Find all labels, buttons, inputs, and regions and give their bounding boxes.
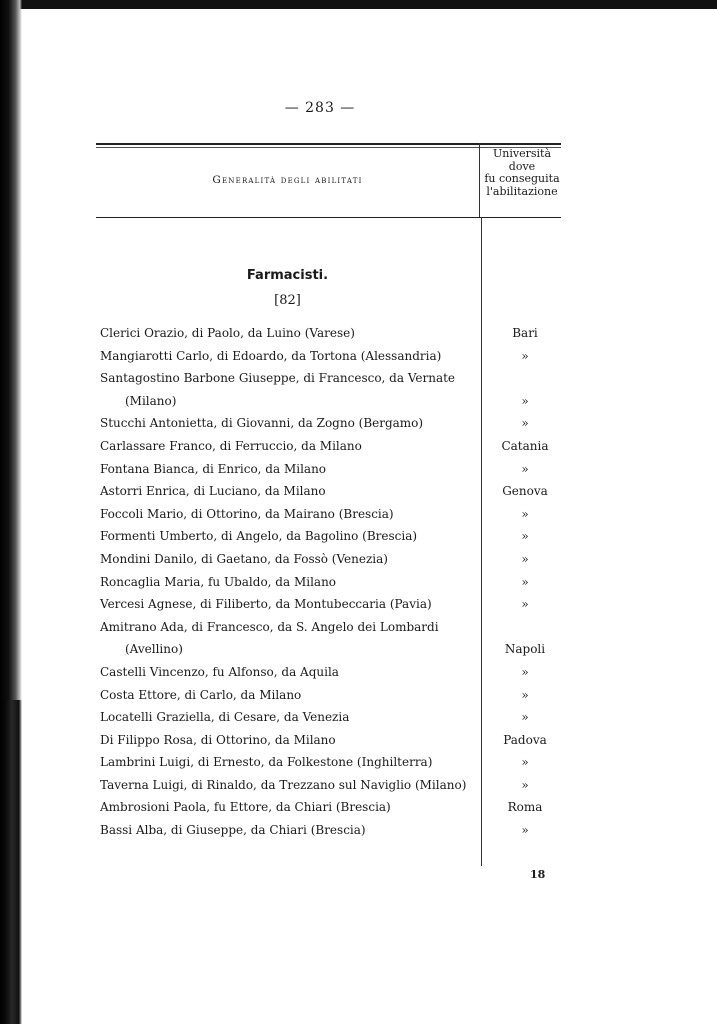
entry-name: Astorri Enrica, di Luciano, da Milano [100, 480, 480, 503]
entry-university: » [484, 819, 566, 842]
column-header-university: Università dove fu conseguita l'abilitaz… [481, 148, 563, 198]
entry-name: Bassi Alba, di Giuseppe, da Chiari (Bres… [100, 819, 480, 842]
table-row: Vercesi Agnese, di Filiberto, da Montube… [100, 593, 480, 616]
page-number: — 283 — [0, 100, 640, 116]
column-header-names: Generalità degli abilitati [96, 174, 479, 186]
entry-university: Bari [484, 322, 566, 345]
table-row: Foccoli Mario, di Ottorino, da Mairano (… [100, 503, 480, 526]
section-count: [82] [96, 293, 479, 308]
column-header-university-line: Università [481, 148, 563, 161]
entry-name: Castelli Vincenzo, fu Alfonso, da Aquila [100, 661, 480, 684]
entry-name: Locatelli Graziella, di Cesare, da Venez… [100, 706, 480, 729]
entries-list: Clerici Orazio, di Paolo, da Luino (Vare… [100, 322, 480, 842]
entry-university: » [484, 751, 566, 774]
entry-university: » [484, 503, 566, 526]
entry-name: Di Filippo Rosa, di Ottorino, da Milano [100, 729, 480, 752]
table-row: Astorri Enrica, di Luciano, da MilanoGen… [100, 480, 480, 503]
entry-university: Genova [484, 480, 566, 503]
header-bottom-rule [96, 217, 561, 218]
table-row: Fontana Bianca, di Enrico, da Milano» [100, 458, 480, 481]
entry-name: Stucchi Antonietta, di Giovanni, da Zogn… [100, 412, 480, 435]
table-row: Bassi Alba, di Giuseppe, da Chiari (Bres… [100, 819, 480, 842]
entry-name: Ambrosioni Paola, fu Ettore, da Chiari (… [100, 796, 480, 819]
section-title: Farmacisti. [96, 268, 479, 283]
table-row: Ambrosioni Paola, fu Ettore, da Chiari (… [100, 796, 480, 819]
entry-name: Santagostino Barbone Giuseppe, di France… [100, 367, 480, 412]
table-row: Clerici Orazio, di Paolo, da Luino (Vare… [100, 322, 480, 345]
table-row: Mangiarotti Carlo, di Edoardo, da Torton… [100, 345, 480, 368]
entry-name: Roncaglia Maria, fu Ubaldo, da Milano [100, 571, 480, 594]
entry-name: Fontana Bianca, di Enrico, da Milano [100, 458, 480, 481]
entry-name: Vercesi Agnese, di Filiberto, da Montube… [100, 593, 480, 616]
table-row: Taverna Luigi, di Rinaldo, da Trezzano s… [100, 774, 480, 797]
table-row: Castelli Vincenzo, fu Alfonso, da Aquila… [100, 661, 480, 684]
table-row: Lambrini Luigi, di Ernesto, da Folkeston… [100, 751, 480, 774]
entry-university: Padova [484, 729, 566, 752]
table-row: Formenti Umberto, di Angelo, da Bagolino… [100, 525, 480, 548]
signature-mark: 18 [530, 868, 545, 881]
entry-university: » [484, 390, 566, 413]
entry-university: Napoli [484, 638, 566, 661]
entry-name: Mangiarotti Carlo, di Edoardo, da Torton… [100, 345, 480, 368]
table-row: Di Filippo Rosa, di Ottorino, da MilanoP… [100, 729, 480, 752]
table-row: Roncaglia Maria, fu Ubaldo, da Milano» [100, 571, 480, 594]
entry-name: Foccoli Mario, di Ottorino, da Mairano (… [100, 503, 480, 526]
entry-name: Mondini Danilo, di Gaetano, da Fossò (Ve… [100, 548, 480, 571]
table-row: Amitrano Ada, di Francesco, da S. Angelo… [100, 616, 480, 661]
entry-university: » [484, 345, 566, 368]
entry-university: » [484, 661, 566, 684]
entry-university: » [484, 525, 566, 548]
entry-university: » [484, 774, 566, 797]
entry-university: » [484, 593, 566, 616]
column-header-university-line: fu conseguita [481, 173, 563, 186]
entry-university: » [484, 706, 566, 729]
entry-name: Amitrano Ada, di Francesco, da S. Angelo… [100, 616, 480, 661]
entry-name: Carlassare Franco, di Ferruccio, da Mila… [100, 435, 480, 458]
entry-university: » [484, 458, 566, 481]
entry-university: » [484, 684, 566, 707]
header-column-divider [479, 143, 480, 217]
table-top-rule [96, 143, 561, 145]
entry-name: Lambrini Luigi, di Ernesto, da Folkeston… [100, 751, 480, 774]
entry-name: Formenti Umberto, di Angelo, da Bagolino… [100, 525, 480, 548]
entry-university: » [484, 412, 566, 435]
entry-university: Catania [484, 435, 566, 458]
table-row: Stucchi Antonietta, di Giovanni, da Zogn… [100, 412, 480, 435]
table-row: Mondini Danilo, di Gaetano, da Fossò (Ve… [100, 548, 480, 571]
entry-university: » [484, 571, 566, 594]
entry-name: Costa Ettore, di Carlo, da Milano [100, 684, 480, 707]
table-row: Locatelli Graziella, di Cesare, da Venez… [100, 706, 480, 729]
entry-name: Taverna Luigi, di Rinaldo, da Trezzano s… [100, 774, 480, 797]
table-row: Costa Ettore, di Carlo, da Milano» [100, 684, 480, 707]
column-header-university-line: l'abilitazione [481, 186, 563, 199]
entry-university: » [484, 548, 566, 571]
entry-university: Roma [484, 796, 566, 819]
table-row: Carlassare Franco, di Ferruccio, da Mila… [100, 435, 480, 458]
scan-top-edge [0, 0, 717, 9]
scan-binding-shadow-lower [6, 700, 22, 1024]
body-column-divider [481, 218, 482, 866]
entry-name: Clerici Orazio, di Paolo, da Luino (Vare… [100, 322, 480, 345]
table-row: Santagostino Barbone Giuseppe, di France… [100, 367, 480, 412]
